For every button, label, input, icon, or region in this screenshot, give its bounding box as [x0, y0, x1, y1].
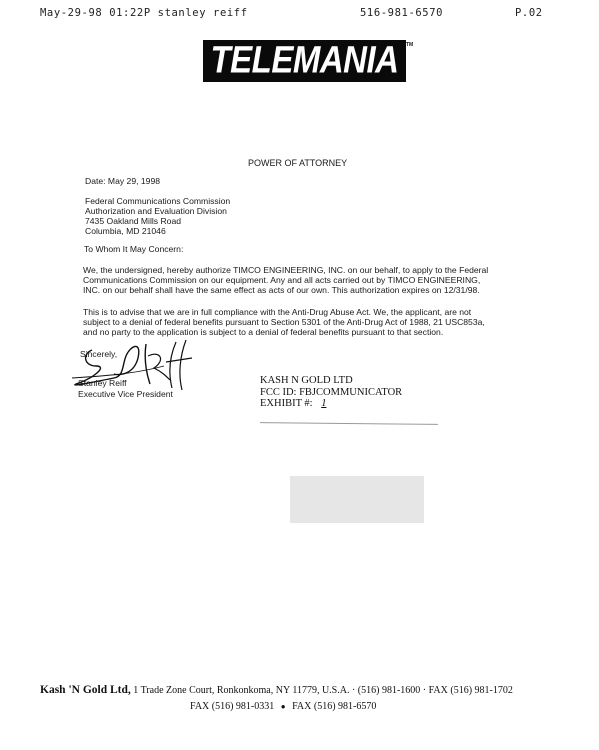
- stamp-exhibit: EXHIBIT #: 1: [260, 398, 402, 410]
- signer-title: Executive Vice President: [78, 389, 173, 399]
- recipient-address: Federal Communications Commission Author…: [85, 196, 230, 236]
- trademark-mark: TM: [406, 42, 413, 48]
- paragraph-line: This is to advise that we are in full co…: [83, 307, 523, 317]
- paragraph-line: Communications Commission on our equipme…: [83, 275, 523, 285]
- stamp-company: KASH N GOLD LTD: [260, 375, 402, 387]
- salutation: To Whom It May Concern:: [84, 244, 183, 254]
- recipient-line: Authorization and Evaluation Division: [85, 206, 230, 216]
- fax-header-phone: 516-981-6570: [360, 7, 443, 19]
- fcc-id-value: FBJCOMMUNICATOR: [299, 387, 402, 398]
- exhibit-number: 1: [315, 398, 332, 409]
- recipient-line: 7435 Oakland Mills Road: [85, 216, 230, 226]
- paragraph-line: INC. on our behalf shall have the same e…: [83, 285, 523, 295]
- logo-text: TELEMANIA: [203, 38, 406, 82]
- fax-header-page: P.02: [515, 7, 543, 19]
- footer-fax-2: FAX (516) 981-6570: [292, 701, 376, 712]
- bullet-icon: ●: [277, 702, 290, 711]
- paragraph-line: We, the undersigned, hereby authorize TI…: [83, 265, 523, 275]
- footer-address: Kash 'N Gold Ltd, 1 Trade Zone Court, Ro…: [40, 684, 513, 696]
- document-title: POWER OF ATTORNEY: [248, 158, 347, 168]
- recipient-line: Columbia, MD 21046: [85, 226, 230, 236]
- compliance-paragraph: This is to advise that we are in full co…: [83, 307, 523, 337]
- signer-name: Stanley Reiff: [78, 378, 127, 388]
- faded-stamp-area: [290, 476, 424, 523]
- recipient-line: Federal Communications Commission: [85, 196, 230, 206]
- fax-header-timestamp: May-29-98 01:22P stanley reiff: [40, 7, 248, 19]
- exhibit-label: EXHIBIT #:: [260, 398, 313, 409]
- fax-sender: stanley reiff: [158, 7, 248, 19]
- exhibit-stamp: KASH N GOLD LTD FCC ID: FBJCOMMUNICATOR …: [260, 375, 402, 410]
- footer-fax-1: FAX (516) 981-0331: [190, 701, 274, 712]
- fcc-id-label: FCC ID:: [260, 387, 296, 398]
- footer-address-line: 1 Trade Zone Court, Ronkonkoma, NY 11779…: [133, 685, 513, 696]
- paragraph-line: subject to a denial of federal benefits …: [83, 317, 523, 327]
- footer-company: Kash 'N Gold Ltd,: [40, 684, 131, 696]
- stamp-fcc-id: FCC ID: FBJCOMMUNICATOR: [260, 387, 402, 399]
- footer-fax-line: FAX (516) 981-0331 ● FAX (516) 981-6570: [190, 701, 376, 712]
- authorization-paragraph: We, the undersigned, hereby authorize TI…: [83, 265, 523, 295]
- telemania-logo: TELEMANIA: [203, 40, 406, 82]
- signature-rule: [260, 422, 438, 425]
- fax-timestamp: May-29-98 01:22P: [40, 7, 151, 19]
- date-line: Date: May 29, 1998: [85, 176, 160, 186]
